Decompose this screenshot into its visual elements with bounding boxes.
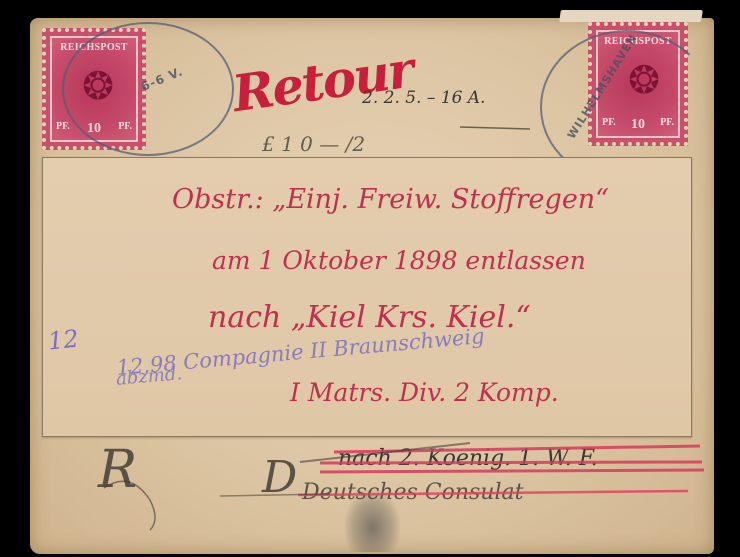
- bottom-struck-line-1: nach 2. Koenig. 1. W. F.: [338, 446, 598, 471]
- ink-stain: [345, 490, 400, 552]
- violet-number: 12: [47, 324, 80, 355]
- registered-letter-r: R: [98, 440, 137, 500]
- bottom-struck-line-2: Deutsches Consulat: [302, 480, 523, 505]
- label-line-2: am 1 Oktober 1898 entlassen: [212, 246, 586, 275]
- label-line-1: Obstr.: „Einj. Freiw. Stoffregen“: [172, 184, 609, 215]
- address-initial-d: D: [262, 452, 297, 503]
- ink-annotation-top: £ 1 0 — /2: [262, 132, 365, 156]
- envelope-flap-edge: [559, 10, 703, 22]
- label-line-4: I Matrs. Div. 2 Komp.: [290, 378, 559, 407]
- date-annotation: 2. 2. 5. – 16 A.: [362, 88, 486, 108]
- stamp-left-unit-left: PF.: [56, 121, 70, 137]
